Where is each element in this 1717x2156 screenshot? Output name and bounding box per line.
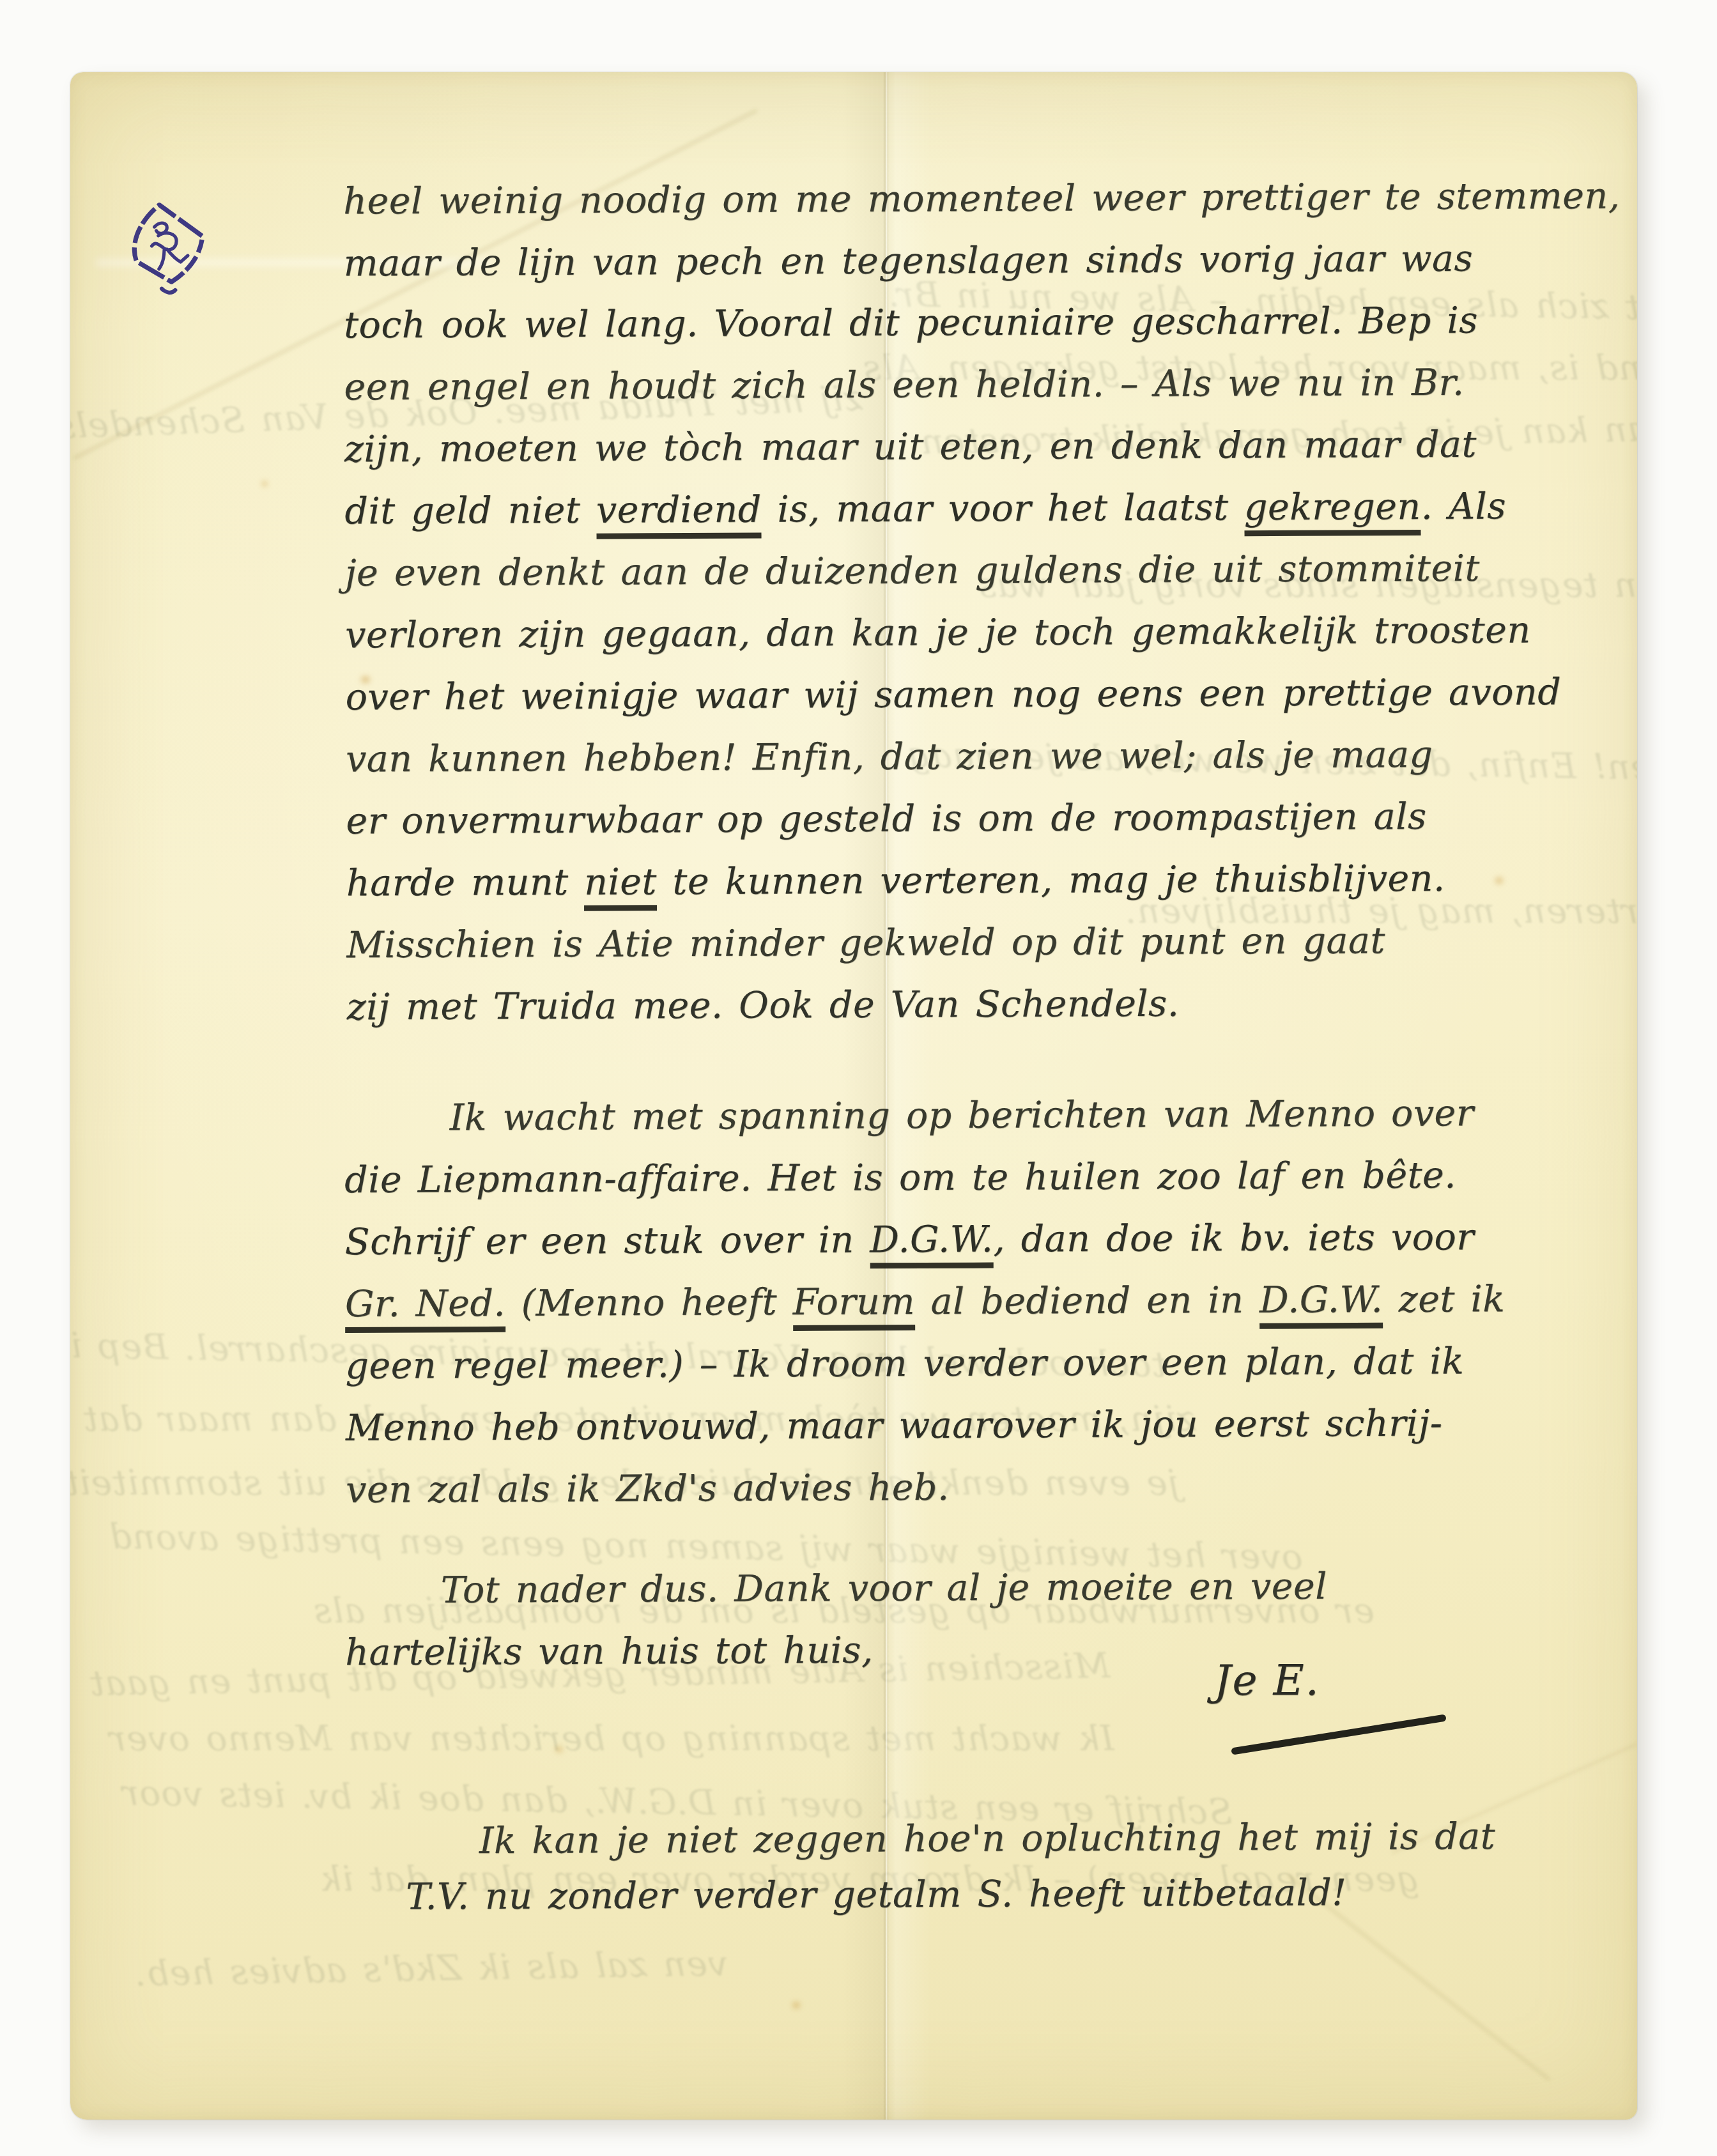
letter-line: zijn, moeten we tòch maar uit eten, en d… [344,413,1621,481]
letter-line: over het weinigje waar wij samen nog een… [345,661,1622,729]
letter-text: zet ik [1383,1278,1505,1321]
letter-line: zij met Truida mee. Ook de Van Schendels… [347,971,1624,1039]
letter-text: zij met Truida mee. Ook de Van Schendels… [347,983,1180,1029]
letter-text: (Menno heeft [505,1281,793,1325]
letter-line: T.V. nu zonder verder getalm S. heeft ui… [406,1865,1496,1925]
collector-stamp-icon [119,194,219,301]
age-spot [792,2002,800,2008]
letter-line: Gr. Ned. (Menno heeft Forum al bediend e… [345,1268,1505,1336]
letter-text: Ik kan je niet zeggen hoe'n opluchting h… [479,1815,1495,1862]
letter-line: Ik wacht met spanning op berichten van M… [450,1082,1505,1149]
letter-text: toch ook wel lang. Vooral dit pecuniaire… [344,300,1478,347]
letter-line: die Liepmann-affaire. Het is om te huile… [344,1144,1505,1212]
signature: Je E. [1214,1656,1320,1705]
letter-text: dit geld niet [344,489,596,533]
letter-line: een engel en houdt zich als een heldin. … [344,351,1621,419]
underlined-word: D.G.W. [1259,1279,1383,1329]
letter-line: heel weinig noodig om me momenteel weer … [343,166,1620,233]
letter-line: verloren zijn gegaan, dan kan je je toch… [345,599,1622,667]
letter-text: geen regel meer.) – Ik droom verder over… [345,1340,1464,1387]
letter-text: Misschien is Atie minder gekweld op dit … [346,920,1385,966]
bleedthrough-line: Ik wacht met spanning op berichten van M… [109,1718,1114,1759]
letter-text: maar de lijn van pech en tegenslagen sin… [344,238,1474,285]
letter-line: harde munt niet te kunnen verteren, mag … [346,847,1623,915]
letter-text: al bediend en in [915,1279,1259,1323]
letter-text: is, maar voor het laatst [762,486,1245,530]
letter-text: er onvermurwbaar op gesteld is om de roo… [346,796,1426,842]
letter-line: Ik kan je niet zeggen hoe'n opluchting h… [479,1809,1496,1869]
letter-text: zijn, moeten we tòch maar uit eten, en d… [344,424,1477,471]
letter-line: je even denkt aan de duizenden guldens d… [345,537,1622,605]
signature-text: Je E. [1214,1656,1320,1705]
letter-line: van kunnen hebben! Enfin, dat zien we we… [346,723,1622,791]
letter-paragraph: Tot nader dus. Dank voor al je moeite en… [345,1556,1328,1684]
letter-text: te kunnen verteren, mag je thuisblijven. [657,858,1445,903]
letter-text: heel weinig noodig om me momenteel weer … [343,175,1620,223]
age-spot [262,481,267,486]
letter-paragraph: Ik wacht met spanning op berichten van M… [344,1082,1506,1521]
letter-line: dit geld niet verdiend is, maar voor het… [344,475,1621,543]
letter-line: Menno heb ontvouwd, maar waarover ik jou… [346,1392,1506,1459]
letter-line: Schrijf er een stuk over in D.G.W., dan … [344,1206,1505,1274]
letter-text: . Als [1421,485,1506,528]
letter-line: geen regel meer.) – Ik droom verder over… [345,1330,1505,1398]
letter-text: Menno heb ontvouwd, maar waarover ik jou… [346,1402,1443,1449]
underlined-word: niet [584,861,657,911]
letter-paragraph-postscript: Ik kan je niet zeggen hoe'n opluchting h… [345,1809,1496,1925]
underlined-word: Forum [792,1281,915,1331]
letter-text: hartelijks van huis tot huis, [345,1629,874,1674]
letter-line: Misschien is Atie minder gekweld op dit … [346,909,1623,977]
age-spot [556,1746,562,1752]
signature-flourish [1231,1714,1447,1755]
letter-text: over het weinigje waar wij samen nog een… [345,671,1561,718]
underlined-word: verdiend [596,489,762,539]
letter-text: je even denkt aan de duizenden guldens d… [345,548,1480,595]
letter-line: maar de lijn van pech en tegenslagen sin… [343,227,1620,295]
underlined-word: D.G.W. [870,1219,993,1269]
letter-line: Tot nader dus. Dank voor al je moeite en… [441,1556,1327,1622]
letter-text: van kunnen hebben! Enfin, dat zien we we… [346,734,1433,780]
letter-text: T.V. nu zonder verder getalm S. heeft ui… [406,1872,1347,1918]
letter-text: Tot nader dus. Dank voor al je moeite en… [441,1566,1327,1612]
letter-paper: een engel en houdt zich als een heldin. … [70,72,1637,2120]
underlined-word: Gr. Ned. [345,1282,505,1333]
underlined-word: gekregen [1244,486,1421,536]
letter-text: ven zal als ik Zkd's advies heb. [346,1467,950,1511]
bleedthrough-line: ven zal als ik Zkd's advies heb. [134,1943,728,1994]
letter-line: toch ook wel lang. Vooral dit pecuniaire… [344,289,1621,357]
letter-line: ven zal als ik Zkd's advies heb. [346,1454,1506,1521]
letter-line: hartelijks van huis tot huis, [345,1618,1327,1684]
letter-text: harde munt [346,861,585,905]
letter-text: Ik wacht met spanning op berichten van M… [450,1092,1474,1139]
letter-text: een engel en houdt zich als een heldin. … [344,362,1464,409]
letter-paragraph: heel weinig noodig om me momenteel weer … [343,166,1624,1039]
letter-text: Schrijf er een stuk over in [344,1219,870,1263]
letter-text: verloren zijn gegaan, dan kan je je toch… [345,609,1531,656]
scan-background: { "document": { "kind": "Scanned handwri… [0,0,1717,2156]
letter-text: die Liepmann-affaire. Het is om te huile… [344,1154,1456,1201]
letter-text: , dan doe ik bv. iets voor [993,1216,1474,1260]
letter-line: er onvermurwbaar op gesteld is om de roo… [346,785,1622,853]
